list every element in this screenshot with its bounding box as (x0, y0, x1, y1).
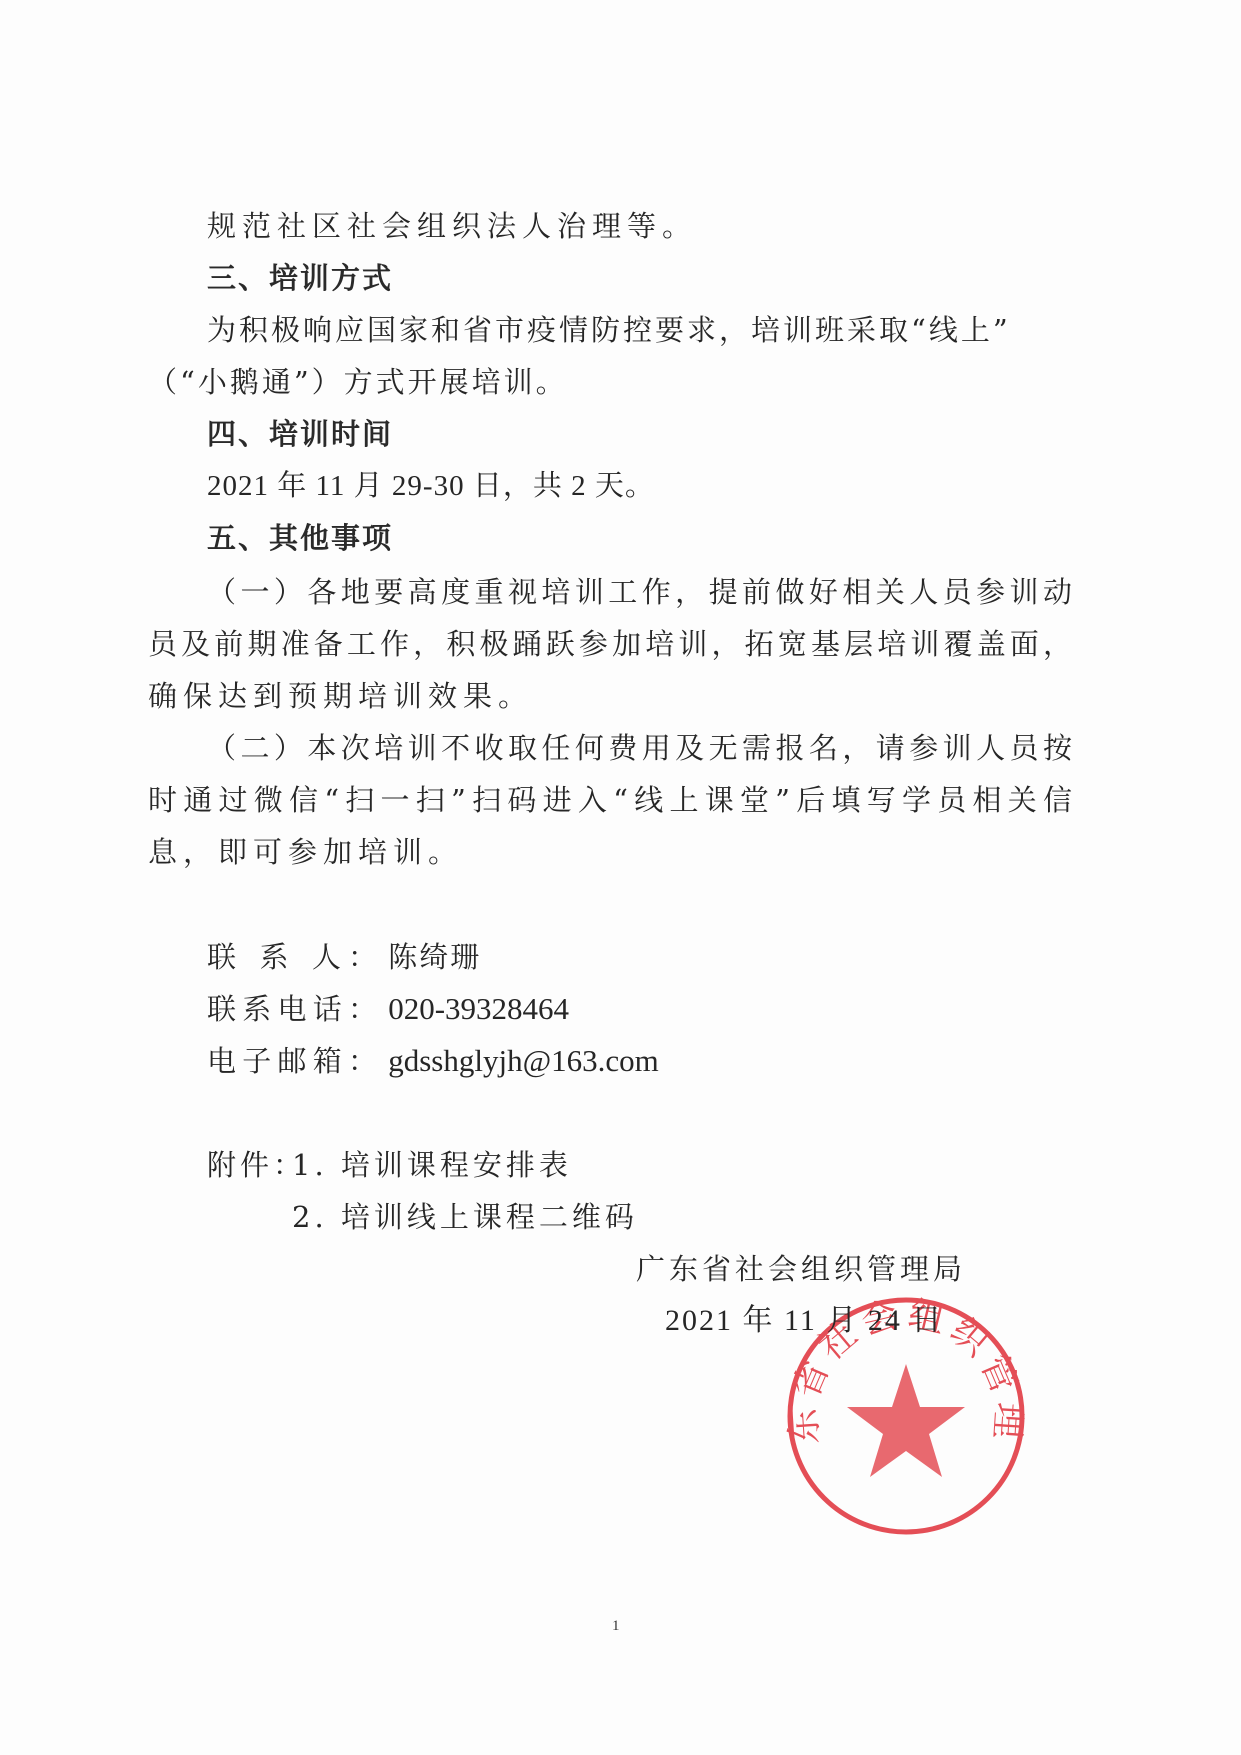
contact-phone-value: 020-39328464 (388, 989, 569, 1029)
attachment-item: 2. 培训线上课程二维码 (292, 1197, 638, 1237)
attachment-item: 1. 培训课程安排表 (292, 1145, 572, 1185)
star-icon (847, 1364, 965, 1477)
contact-person-value: 陈绮珊 (388, 937, 481, 977)
paragraph-text: （二）本次培训不收取任何费用及无需报名，请参训人员按 (207, 728, 1072, 768)
paragraph-text: 确保达到预期培训效果。 (148, 676, 1078, 716)
paragraph-text: （一）各地要高度重视培训工作，提前做好相关人员参训动 (207, 572, 1072, 612)
section-heading-other-matters: 五、其他事项 (207, 518, 1137, 558)
paragraph-text: （“小鹅通”）方式开展培训。 (148, 362, 1078, 402)
section-heading-training-method: 三、培训方式 (207, 258, 1137, 298)
issue-date: 2021 年 11 月 24 日 (665, 1301, 943, 1341)
training-date-text: 2021 年 11 月 29-30 日，共 2 天。 (207, 466, 1137, 506)
page-number: 1 (612, 1618, 620, 1635)
contact-email-label: 电子邮箱： (207, 1041, 379, 1081)
contact-person-label: 联 系 人： (207, 937, 379, 977)
contact-phone-row: 联系电话： 020-39328464 (207, 989, 569, 1029)
contact-email-row: 电子邮箱： gdsshglyjh@163.com (207, 1041, 659, 1081)
section-heading-training-time: 四、培训时间 (207, 414, 1137, 454)
contact-email-value: gdsshglyjh@163.com (388, 1041, 659, 1081)
contact-phone-label: 联系电话： (207, 989, 379, 1029)
issuing-organization: 广东省社会组织管理局 (636, 1249, 966, 1289)
paragraph-text: 时通过微信“扫一扫”扫码进入“线上课堂”后填写学员相关信 (148, 780, 1072, 820)
paragraph-text: 规范社区社会组织法人治理等。 (207, 206, 1137, 246)
paragraph-text: 息，即可参加培训。 (148, 832, 1078, 872)
paragraph-text: 员及前期准备工作，积极踊跃参加培训，拓宽基层培训覆盖面， (148, 624, 1072, 664)
paragraph-text: 为积极响应国家和省市疫情防控要求，培训班采取“线上” (207, 310, 1137, 350)
document-page: 规范社区社会组织法人治理等。 三、培训方式 为积极响应国家和省市疫情防控要求，培… (0, 0, 1241, 1755)
contact-person-row: 联 系 人： 陈绮珊 (207, 937, 481, 977)
